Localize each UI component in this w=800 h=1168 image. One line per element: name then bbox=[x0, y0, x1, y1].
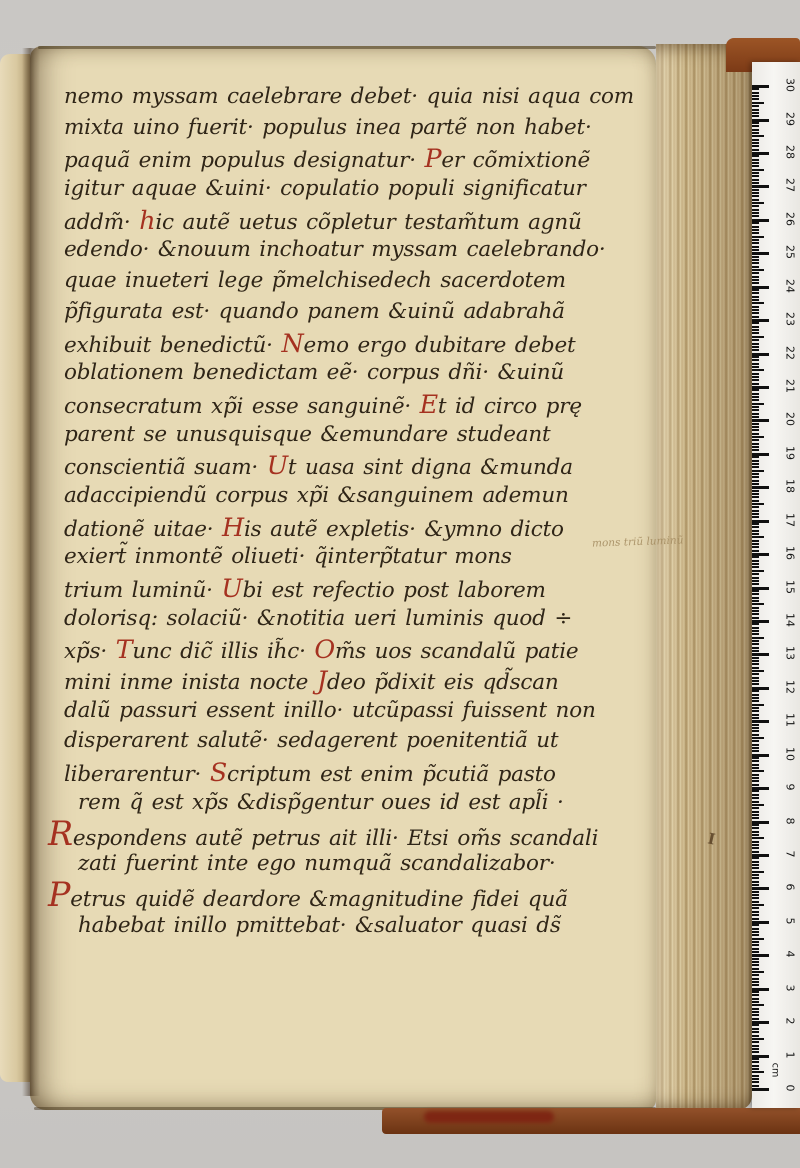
ruler-tick bbox=[752, 292, 759, 294]
ruler-tick bbox=[752, 647, 759, 649]
text-segment: parent se unusquisque &emundare studeant bbox=[64, 422, 550, 447]
ruler-tick bbox=[752, 881, 759, 883]
ruler-tick bbox=[752, 312, 759, 314]
text-line: Petrus quidẽ deardore &magnitudine fidei… bbox=[48, 880, 648, 911]
ruler-tick bbox=[752, 449, 759, 451]
ruler-tick bbox=[752, 195, 759, 197]
ruler-tick bbox=[752, 1081, 759, 1083]
ruler-tick bbox=[752, 934, 759, 936]
ruler-tick bbox=[752, 954, 769, 957]
ruler-tick bbox=[752, 747, 759, 749]
ruler-tick bbox=[752, 112, 759, 114]
ruler-tick bbox=[752, 720, 769, 723]
text-block: nemo myssam caelebrare debet· quia nisi … bbox=[64, 82, 648, 941]
ruler-tick bbox=[752, 1001, 759, 1003]
ruler-tick bbox=[752, 1011, 759, 1013]
ruler-number: 12 bbox=[784, 679, 797, 695]
rubric-initial: H bbox=[222, 512, 244, 542]
ruler-number: 2 bbox=[784, 1013, 797, 1029]
ruler-tick bbox=[752, 215, 759, 217]
ruler-tick bbox=[752, 453, 769, 456]
ruler-tick bbox=[752, 189, 759, 191]
ruler-tick bbox=[752, 1085, 759, 1087]
ruler-tick bbox=[752, 610, 759, 612]
ruler-tick bbox=[752, 974, 759, 976]
ruler-tick bbox=[752, 707, 759, 709]
ruler-tick bbox=[752, 530, 759, 532]
ruler-tick bbox=[752, 546, 759, 548]
text-line: disperarent salutẽ· sedagerent poenitent… bbox=[64, 726, 648, 757]
ruler-tick bbox=[752, 714, 759, 716]
ruler-tick bbox=[752, 413, 759, 415]
ruler-number: 29 bbox=[784, 111, 797, 127]
ruler-tick bbox=[752, 727, 759, 729]
ruler-number: 8 bbox=[784, 813, 797, 829]
ruler-tick bbox=[752, 95, 759, 97]
ruler-tick bbox=[752, 593, 759, 595]
ruler-tick bbox=[752, 901, 759, 903]
ruler-tick bbox=[752, 563, 759, 565]
ruler-number: 15 bbox=[784, 579, 797, 595]
ruler-tick bbox=[752, 844, 759, 846]
ruler-tick bbox=[752, 1055, 769, 1058]
ruler-tick bbox=[752, 580, 759, 582]
ruler-tick bbox=[752, 573, 759, 575]
ruler-tick bbox=[752, 998, 759, 1000]
ruler-tick bbox=[752, 877, 759, 879]
text-segment: ic autẽ uetus cõpletur testam̃tum agnũ bbox=[155, 210, 581, 235]
ruler-tick bbox=[752, 349, 759, 351]
ruler-tick bbox=[752, 951, 759, 953]
ruler-tick bbox=[752, 403, 764, 405]
ruler-tick bbox=[752, 1038, 764, 1040]
ruler-tick bbox=[752, 145, 759, 147]
ruler-tick bbox=[752, 85, 769, 88]
ruler-tick bbox=[752, 817, 759, 819]
ruler-tick bbox=[752, 570, 764, 572]
ruler-tick bbox=[752, 600, 759, 602]
ruler-tick bbox=[752, 1028, 759, 1030]
ruler-tick bbox=[752, 640, 759, 642]
ruler-tick bbox=[752, 202, 764, 204]
ruler-tick bbox=[752, 790, 759, 792]
ruler-tick bbox=[752, 396, 759, 398]
ruler-tick bbox=[752, 607, 759, 609]
ruler-tick bbox=[752, 369, 764, 371]
ruler-tick bbox=[752, 249, 759, 251]
ruler-tick bbox=[752, 125, 759, 127]
ruler-tick bbox=[752, 824, 759, 826]
ruler-tick bbox=[752, 299, 759, 301]
ruler-tick bbox=[752, 376, 759, 378]
text-segment: deo p̃dixit eis qd̃scan bbox=[327, 670, 559, 695]
ruler-tick bbox=[752, 500, 759, 502]
ruler-tick bbox=[752, 1058, 759, 1060]
ruler-tick bbox=[752, 854, 769, 857]
ruler-tick bbox=[752, 948, 759, 950]
ruler-tick bbox=[752, 533, 759, 535]
ruler-number: 0 bbox=[784, 1080, 797, 1096]
ruler-tick bbox=[752, 339, 759, 341]
ruler-tick bbox=[752, 633, 759, 635]
ruler-tick bbox=[752, 784, 759, 786]
ruler-tick bbox=[752, 306, 759, 308]
ruler-tick bbox=[752, 861, 759, 863]
text-line: edendo· &nouum inchoatur myssam caelebra… bbox=[64, 235, 648, 266]
text-segment: conscientiã suam· bbox=[64, 455, 267, 480]
ruler-tick bbox=[752, 560, 759, 562]
ruler-tick bbox=[752, 286, 769, 289]
ruler-tick bbox=[752, 326, 759, 328]
ruler-tick bbox=[752, 490, 759, 492]
text-segment: rem q̃ est xp̃s &disp̃gentur oues id est… bbox=[78, 790, 564, 815]
ruler-number: 3 bbox=[784, 980, 797, 996]
ruler-tick bbox=[752, 122, 759, 124]
ruler-tick bbox=[752, 473, 759, 475]
ruler-tick bbox=[752, 346, 759, 348]
ruler-tick bbox=[752, 1068, 759, 1070]
ruler-tick bbox=[752, 1041, 759, 1043]
ruler-tick bbox=[752, 590, 759, 592]
ruler-tick bbox=[752, 470, 764, 472]
text-segment: edendo· &nouum inchoatur myssam caelebra… bbox=[64, 237, 606, 262]
ruler-tick bbox=[752, 105, 759, 107]
ruler-tick bbox=[752, 386, 769, 389]
text-segment: bi est refectio post laborem bbox=[243, 578, 546, 603]
ruler-tick bbox=[752, 811, 759, 813]
ruler-tick bbox=[752, 276, 759, 278]
ruler-tick bbox=[752, 687, 769, 690]
ruler-tick bbox=[752, 1088, 769, 1091]
ruler-tick bbox=[752, 1051, 759, 1053]
ruler-tick bbox=[752, 921, 769, 924]
ruler-tick bbox=[752, 988, 769, 991]
ruler-tick bbox=[752, 319, 769, 322]
ruler-tick bbox=[752, 262, 759, 264]
ruler-tick bbox=[752, 566, 759, 568]
ruler-tick bbox=[752, 777, 759, 779]
text-line: exhibuit benedictũ· Nemo ergo dubitare d… bbox=[64, 328, 648, 359]
text-line: xp̃s· Tunc dic̃ illis ih̃c· Om̃s uos sca… bbox=[64, 634, 648, 665]
ruler-tick bbox=[752, 172, 759, 174]
ruler-tick bbox=[752, 296, 759, 298]
ruler-tick bbox=[752, 961, 759, 963]
text-line: oblationem benedictam eẽ· corpus dñi· &u… bbox=[64, 358, 648, 389]
ruler-tick bbox=[752, 516, 759, 518]
text-line: Respondens autẽ petrus ait illi· Etsi om… bbox=[48, 819, 648, 850]
ruler-tick bbox=[752, 867, 759, 869]
ruler-tick bbox=[752, 673, 759, 675]
text-segment: nemo myssam caelebrare debet· quia nisi … bbox=[64, 84, 634, 109]
ruler-tick bbox=[752, 359, 759, 361]
ruler-tick bbox=[752, 968, 759, 970]
ruler-tick bbox=[752, 613, 759, 615]
ruler-tick bbox=[752, 653, 769, 656]
text-segment: adaccipiendũ corpus xp̃i &sanguinem adem… bbox=[64, 483, 569, 508]
ruler-tick bbox=[752, 958, 759, 960]
ruler-tick bbox=[752, 119, 769, 122]
text-segment: liberarentur· bbox=[64, 762, 210, 787]
ruler-tick bbox=[752, 496, 759, 498]
ruler-tick bbox=[752, 884, 759, 886]
ruler-tick bbox=[752, 931, 759, 933]
ruler-tick bbox=[752, 774, 759, 776]
ruler-tick bbox=[752, 1008, 759, 1010]
ruler-tick bbox=[752, 115, 759, 117]
ruler-tick bbox=[752, 740, 759, 742]
ruler-tick bbox=[752, 302, 764, 304]
ruler-tick bbox=[752, 219, 769, 222]
ruler-tick bbox=[752, 797, 759, 799]
manuscript-photo: nemo myssam caelebrare debet· quia nisi … bbox=[0, 0, 800, 1168]
ruler-tick bbox=[752, 894, 759, 896]
ruler-number: 16 bbox=[784, 545, 797, 561]
ruler-tick bbox=[752, 289, 759, 291]
rubric-initial: S bbox=[210, 757, 227, 787]
text-segment: zati fuerint inte ego numquã scandalizab… bbox=[78, 851, 555, 876]
ruler-tick bbox=[752, 426, 759, 428]
fore-edge-pages: I bbox=[656, 44, 752, 1110]
ruler-tick bbox=[752, 520, 769, 523]
ruler-tick bbox=[752, 978, 759, 980]
ruler-tick bbox=[752, 239, 759, 241]
ruler-tick bbox=[752, 526, 759, 528]
ruler-tick bbox=[752, 209, 759, 211]
ruler-number: 25 bbox=[784, 244, 797, 260]
ruler-tick bbox=[752, 179, 759, 181]
ruler-tick bbox=[752, 754, 769, 757]
text-segment: addm̃· bbox=[64, 210, 139, 235]
text-line: rem q̃ est xp̃s &disp̃gentur oues id est… bbox=[78, 788, 648, 819]
binding-leather-bottom bbox=[382, 1108, 800, 1134]
ruler-tick bbox=[752, 794, 759, 796]
ruler-tick bbox=[752, 710, 759, 712]
ruler-tick bbox=[752, 847, 759, 849]
ruler-tick bbox=[752, 897, 759, 899]
ruler-number: 18 bbox=[784, 478, 797, 494]
ruler-tick bbox=[752, 587, 769, 590]
ruler-tick bbox=[752, 1061, 759, 1063]
text-segment: habebat inillo pmittebat· &saluator quas… bbox=[78, 913, 561, 938]
ruler-tick bbox=[752, 724, 759, 726]
text-segment: oblationem benedictam eẽ· corpus dñi· &u… bbox=[64, 360, 564, 385]
ruler-tick bbox=[752, 770, 764, 772]
ruler-tick bbox=[752, 510, 759, 512]
ruler-tick bbox=[752, 152, 769, 155]
ruler-tick bbox=[752, 259, 759, 261]
text-line: nemo myssam caelebrare debet· quia nisi … bbox=[64, 82, 648, 113]
ruler-tick bbox=[752, 379, 759, 381]
ruler-tick bbox=[752, 543, 759, 545]
ruler-tick bbox=[752, 493, 759, 495]
text-line: mini inme inista nocte Jdeo p̃dixit eis … bbox=[64, 665, 648, 696]
ruler-tick bbox=[752, 399, 759, 401]
ruler-unit-label: cm bbox=[769, 1062, 780, 1076]
ruler-tick bbox=[752, 272, 759, 274]
text-line: conscientiã suam· Ut uasa sint digna &mu… bbox=[64, 450, 648, 481]
ruler-tick bbox=[752, 135, 764, 137]
text-line: dalũ passuri essent inillo· utcũpassi fu… bbox=[64, 696, 648, 727]
ruler-tick bbox=[752, 446, 759, 448]
ruler-tick bbox=[752, 222, 759, 224]
rubric-initial: J bbox=[317, 665, 327, 695]
ruler-tick bbox=[752, 149, 759, 151]
ruler-tick bbox=[752, 643, 759, 645]
ruler-tick bbox=[752, 175, 759, 177]
ruler-tick bbox=[752, 851, 759, 853]
ruler-tick bbox=[752, 807, 759, 809]
text-segment: mixta uino fuerit· populus inea partẽ no… bbox=[64, 115, 592, 140]
ruler-tick bbox=[752, 205, 759, 207]
ruler-tick bbox=[752, 677, 759, 679]
rubric-initial: E bbox=[420, 389, 438, 419]
ruler-number: 22 bbox=[784, 345, 797, 361]
ruler-tick bbox=[752, 242, 759, 244]
ruler-tick bbox=[752, 1031, 759, 1033]
ruler-tick bbox=[752, 637, 764, 639]
ruler-tick bbox=[752, 831, 759, 833]
ruler-tick bbox=[752, 309, 759, 311]
ruler-tick bbox=[752, 226, 759, 228]
ruler-tick bbox=[752, 169, 764, 171]
ruler-tick bbox=[752, 182, 759, 184]
ruler-tick bbox=[752, 129, 759, 131]
ruler-tick bbox=[752, 1018, 759, 1020]
ruler-tick bbox=[752, 834, 759, 836]
rubric-initial: h bbox=[139, 205, 155, 235]
ruler-tick bbox=[752, 443, 759, 445]
ruler-tick bbox=[752, 683, 759, 685]
ruler-tick bbox=[752, 981, 759, 983]
ruler-tick bbox=[752, 212, 759, 214]
text-line: igitur aquae &uini· copulatio populi sig… bbox=[64, 174, 648, 205]
ruler-tick bbox=[752, 864, 759, 866]
ruler-number: 23 bbox=[784, 311, 797, 327]
ruler-tick bbox=[752, 730, 759, 732]
text-segment: unc dic̃ illis ih̃c· bbox=[132, 639, 314, 664]
ruler-number: 7 bbox=[784, 846, 797, 862]
ruler-number: 1 bbox=[784, 1047, 797, 1063]
text-segment: dalũ passuri essent inillo· utcũpassi fu… bbox=[64, 698, 596, 723]
ruler-tick bbox=[752, 439, 759, 441]
text-segment: igitur aquae &uini· copulatio populi sig… bbox=[64, 176, 586, 201]
ruler-tick bbox=[752, 734, 759, 736]
ruler-tick bbox=[752, 1045, 759, 1047]
ruler-tick bbox=[752, 583, 759, 585]
ruler-tick bbox=[752, 540, 759, 542]
text-line: dationẽ uitae· His autẽ expletis· &ymno … bbox=[64, 512, 648, 543]
ruler-tick bbox=[752, 192, 759, 194]
ruler-tick bbox=[752, 690, 759, 692]
ruler-tick bbox=[752, 356, 759, 358]
text-segment: criptum est enim p̃cutiã pasto bbox=[227, 762, 556, 787]
ruler-tick bbox=[752, 841, 759, 843]
ruler-tick bbox=[752, 486, 769, 489]
text-line: mixta uino fuerit· populus inea partẽ no… bbox=[64, 113, 648, 144]
ruler-tick bbox=[752, 650, 759, 652]
ruler-tick bbox=[752, 466, 759, 468]
ruler-tick bbox=[752, 536, 764, 538]
ruler-tick bbox=[752, 767, 759, 769]
ruler-tick bbox=[752, 657, 759, 659]
ruler-tick bbox=[752, 332, 759, 334]
ruler-tick bbox=[752, 252, 769, 255]
ruler-tick bbox=[752, 944, 759, 946]
ruler-number: 26 bbox=[784, 211, 797, 227]
text-segment: emo ergo dubitare debet bbox=[303, 333, 575, 358]
ruler-tick bbox=[752, 476, 759, 478]
ruler-tick bbox=[752, 102, 764, 104]
ruler-tick bbox=[752, 1014, 759, 1016]
text-line: liberarentur· Scriptum est enim p̃cutiã … bbox=[64, 757, 648, 788]
ruler-tick bbox=[752, 232, 759, 234]
ruler-tick bbox=[752, 165, 759, 167]
ruler-number: 28 bbox=[784, 144, 797, 160]
ruler-tick bbox=[752, 383, 759, 385]
ruler-tick bbox=[752, 1071, 764, 1073]
ruler-tick bbox=[752, 857, 759, 859]
ruler-tick bbox=[752, 1065, 759, 1067]
ruler-tick bbox=[752, 229, 759, 231]
text-line: adaccipiendũ corpus xp̃i &sanguinem adem… bbox=[64, 481, 648, 512]
ruler-number: 5 bbox=[784, 913, 797, 929]
ruler-tick bbox=[752, 423, 759, 425]
ruler-tick bbox=[752, 419, 769, 422]
ruler-tick bbox=[752, 837, 764, 839]
ruler-tick bbox=[752, 1048, 759, 1050]
ruler-tick bbox=[752, 480, 759, 482]
rubric-initial: N bbox=[281, 328, 303, 358]
text-line: parent se unusquisque &emundare studeant bbox=[64, 420, 648, 451]
ruler-tick bbox=[752, 667, 759, 669]
ruler-tick bbox=[752, 941, 759, 943]
ruler-tick bbox=[752, 279, 759, 281]
ruler-tick bbox=[752, 660, 759, 662]
ruler-tick bbox=[752, 891, 759, 893]
text-segment: exiert̃ inmontẽ oliueti· q̃interp̃tatur … bbox=[64, 544, 512, 569]
ruler-tick bbox=[752, 938, 764, 940]
ruler-tick bbox=[752, 717, 759, 719]
text-segment: is autẽ expletis· &ymno dicto bbox=[244, 517, 564, 542]
manuscript-page: nemo myssam caelebrare debet· quia nisi … bbox=[30, 46, 656, 1110]
text-segment: consecratum xp̃i esse sanguinẽ· bbox=[64, 394, 420, 419]
ruler-number: 6 bbox=[784, 879, 797, 895]
ruler-number: 19 bbox=[784, 445, 797, 461]
ruler-tick bbox=[752, 460, 759, 462]
text-segment: etrus quidẽ deardore &magnitudine fidei … bbox=[70, 887, 568, 912]
ruler-tick bbox=[752, 436, 764, 438]
ruler-tick bbox=[752, 523, 759, 525]
ruler-tick bbox=[752, 98, 759, 100]
ruler-tick bbox=[752, 911, 759, 913]
ruler-tick bbox=[752, 670, 764, 672]
ruler-tick bbox=[752, 366, 759, 368]
ruler-tick bbox=[752, 750, 759, 752]
rubric-initial: T bbox=[116, 634, 133, 664]
ruler-tick bbox=[752, 416, 759, 418]
text-line: consecratum xp̃i esse sanguinẽ· Et id ci… bbox=[64, 389, 648, 420]
rubric-initial: R bbox=[48, 814, 73, 853]
ruler-tick bbox=[752, 92, 759, 94]
text-segment: er cõmixtionẽ bbox=[441, 148, 590, 173]
ruler-tick bbox=[752, 663, 759, 665]
ruler-tick bbox=[752, 393, 759, 395]
ruler-tick bbox=[752, 433, 759, 435]
ruler-tick bbox=[752, 630, 759, 632]
ruler-tick bbox=[752, 266, 759, 268]
ruler-tick bbox=[752, 343, 759, 345]
ruler-tick bbox=[752, 907, 759, 909]
